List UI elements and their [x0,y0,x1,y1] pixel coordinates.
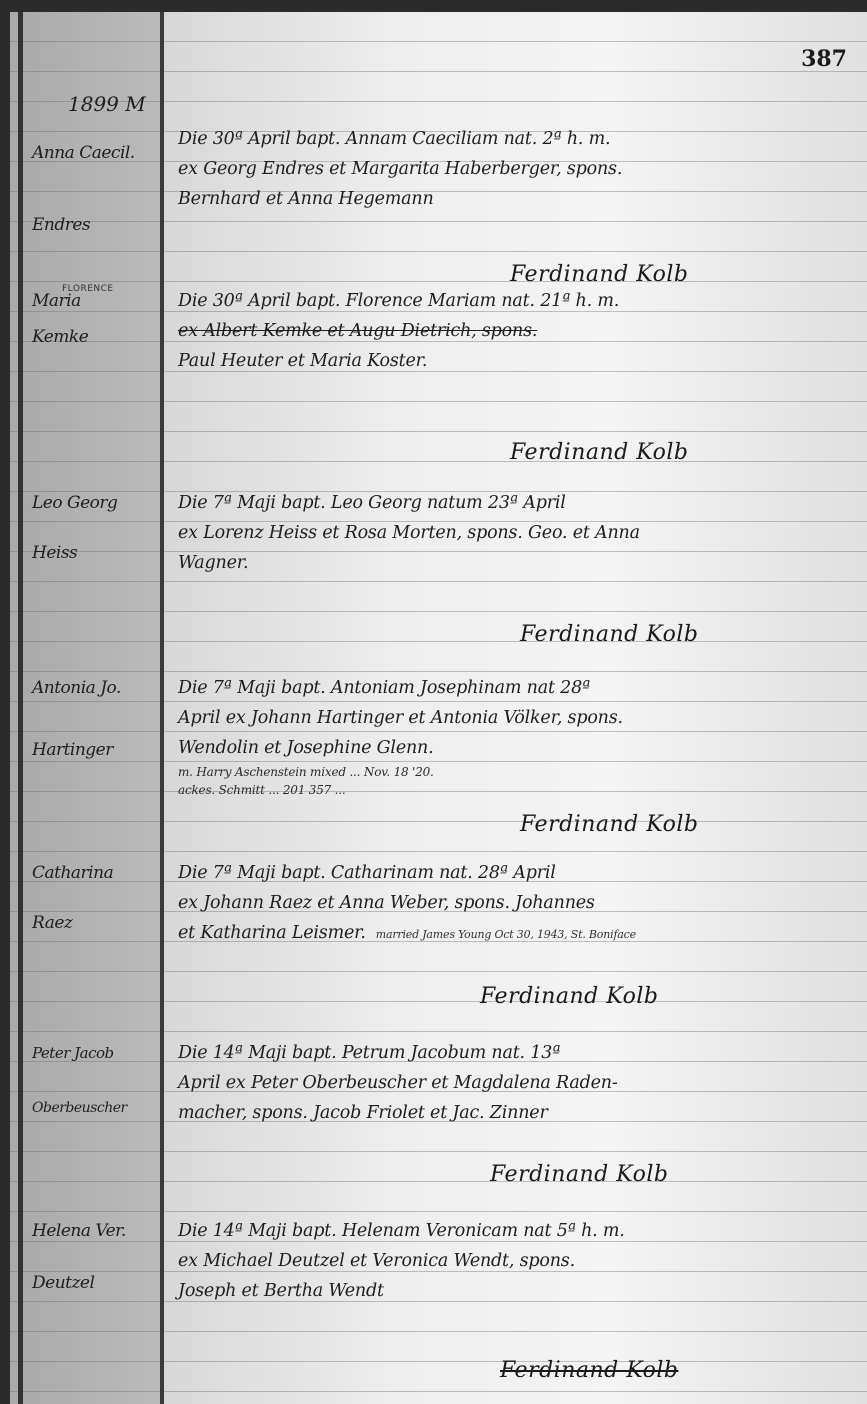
column-divider-rule [160,12,164,1404]
margin-surname: Deutzel [32,1262,157,1304]
entry-line: Wendolin et Josephine Glenn. [178,733,838,763]
entry-text: Die 30ª April bapt. Annam Caeciliam nat.… [178,124,838,214]
entry-line: April ex Johann Hartinger et Antonia Völ… [178,703,838,733]
priest-signature: Ferdinand Kolb [480,984,658,1009]
entry-text: Die 30ª April bapt. Florence Mariam nat.… [178,286,838,376]
entry-line: Die 7ª Maji bapt. Antoniam Josephinam na… [178,673,838,703]
priest-signature: Ferdinand Kolb [520,812,698,837]
entry-line: ex Albert Kemke et Augu Dietrich, spons. [178,316,838,346]
entry-line: ex Lorenz Heiss et Rosa Morten, spons. G… [178,518,838,548]
priest-signature: Ferdinand Kolb [510,440,688,465]
margin-given-names: Catharina [32,852,157,894]
margin-given-names: Helena Ver. [32,1210,157,1252]
entry-line: Die 7ª Maji bapt. Catharinam nat. 28ª Ap… [178,858,838,888]
entry-text: Die 14ª Maji bapt. Petrum Jacobum nat. 1… [178,1038,838,1128]
entry-line: ex Michael Deutzel et Veronica Wendt, sp… [178,1246,838,1276]
entry-line: Die 14ª Maji bapt. Petrum Jacobum nat. 1… [178,1038,838,1068]
page-number: 387 [801,46,847,72]
entry-line: Die 14ª Maji bapt. Helenam Veronicam nat… [178,1216,838,1246]
priest-signature: Ferdinand Kolb [490,1162,668,1187]
margin-given-names: Antonia Jo. [32,667,157,709]
entry-line: Die 30ª April bapt. Florence Mariam nat.… [178,286,838,316]
entry-text: Die 14ª Maji bapt. Helenam Veronicam nat… [178,1216,838,1306]
margin-given-names: Leo Georg [32,482,157,524]
priest-signature: Ferdinand Kolb [520,622,698,647]
margin-surname: Oberbeuscher [32,1087,157,1129]
register-page: 387 1899 M Anna Caecil. Endres Die 30ª A… [10,12,867,1404]
entry-line: et Katharina Leismer.married James Young… [178,918,838,950]
entry-text: Die 7ª Maji bapt. Leo Georg natum 23ª Ap… [178,488,838,578]
entry-line: Die 7ª Maji bapt. Leo Georg natum 23ª Ap… [178,488,838,518]
later-annotation: married James Young Oct 30, 1943, St. Bo… [376,928,636,941]
entry-line: Wagner. [178,548,838,578]
left-border-rule [18,12,23,1404]
margin-surname: Kemke [32,316,157,358]
entry-line: Bernhard et Anna Hegemann [178,184,838,214]
margin-surname: Endres [32,204,157,246]
margin-given-names: Anna Caecil. [32,132,157,174]
entry-line: ex Georg Endres et Margarita Haberberger… [178,154,838,184]
entry-line: macher, spons. Jacob Friolet et Jac. Zin… [178,1098,838,1128]
year-header: 1899 M [68,92,146,116]
margin-surname: Heiss [32,532,157,574]
margin-given-names: Peter Jacob [32,1032,157,1074]
margin-surname: Hartinger [32,729,157,771]
entry-line: Die 30ª April bapt. Annam Caeciliam nat.… [178,124,838,154]
margin-surname: Raez [32,902,157,944]
later-annotation: ackes. Schmitt ... 201 357 ... [178,781,838,799]
priest-signature: Ferdinand Kolb [500,1358,678,1383]
entry-line: Joseph et Bertha Wendt [178,1276,838,1306]
entry-text: Die 7ª Maji bapt. Catharinam nat. 28ª Ap… [178,858,838,950]
entry-line-text: et Katharina Leismer. [178,923,366,943]
entry-line: ex Johann Raez et Anna Weber, spons. Joh… [178,888,838,918]
priest-signature: Ferdinand Kolb [510,262,688,287]
entry-text: Die 7ª Maji bapt. Antoniam Josephinam na… [178,673,838,799]
entry-line: Paul Heuter et Maria Koster. [178,346,838,376]
later-annotation: m. Harry Aschenstein mixed ... Nov. 18 '… [178,763,838,781]
entry-line: April ex Peter Oberbeuscher et Magdalena… [178,1068,838,1098]
